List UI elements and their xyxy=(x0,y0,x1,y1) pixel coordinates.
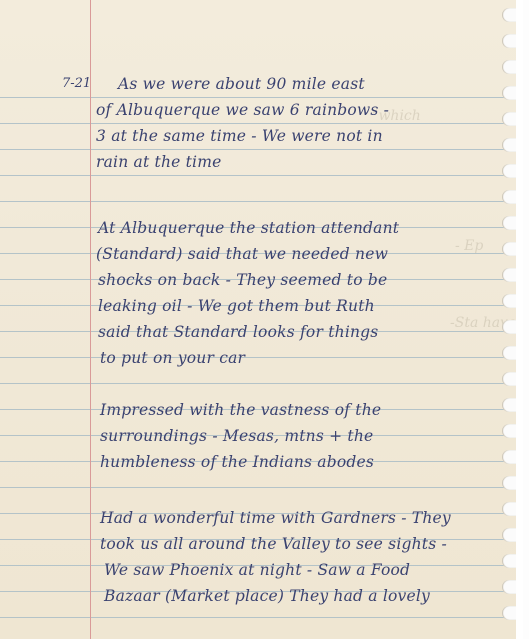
page-edge-background xyxy=(523,0,529,639)
torn-hole xyxy=(502,450,516,464)
ruled-line xyxy=(0,487,516,488)
text-line: took us all around the Valley to see sig… xyxy=(100,534,447,554)
torn-hole xyxy=(502,112,516,126)
torn-hole xyxy=(502,294,516,308)
ruled-line xyxy=(0,175,516,176)
torn-hole xyxy=(502,138,516,152)
text-line: (Standard) said that we needed new xyxy=(96,244,388,264)
torn-hole xyxy=(502,268,516,282)
torn-hole xyxy=(502,476,516,490)
ruled-line xyxy=(0,97,516,98)
spiral-tear-edge xyxy=(494,0,516,639)
ruled-line xyxy=(0,201,516,202)
torn-hole xyxy=(502,320,516,334)
torn-hole xyxy=(502,424,516,438)
ruled-line xyxy=(0,383,516,384)
notebook-page: "which - Ep -Sta have 7-21 As we were ab… xyxy=(0,0,516,639)
torn-hole xyxy=(502,502,516,516)
text-line: 3 at the same time - We were not in xyxy=(96,126,383,146)
text-line: We saw Phoenix at night - Saw a Food xyxy=(104,560,410,580)
torn-hole xyxy=(502,216,516,230)
text-line: shocks on back - They seemed to be xyxy=(98,270,387,290)
torn-hole xyxy=(502,554,516,568)
text-line: As we were about 90 mile east xyxy=(118,74,365,94)
ruled-line xyxy=(0,149,516,150)
text-line: leaking oil - We got them but Ruth xyxy=(98,296,375,316)
text-line: Had a wonderful time with Gardners - The… xyxy=(100,508,451,528)
torn-hole xyxy=(502,580,516,594)
torn-hole xyxy=(502,190,516,204)
text-line: rain at the time xyxy=(96,152,221,172)
torn-hole xyxy=(502,164,516,178)
text-line: said that Standard looks for things xyxy=(98,322,378,342)
ruled-line xyxy=(0,617,516,618)
margin-line xyxy=(90,0,91,639)
torn-hole xyxy=(502,242,516,256)
torn-hole xyxy=(502,34,516,48)
torn-hole xyxy=(502,528,516,542)
entry-date: 7-21 xyxy=(62,76,91,91)
torn-hole xyxy=(502,8,516,22)
text-line: Impressed with the vastness of the xyxy=(100,400,381,420)
ruled-line xyxy=(0,123,516,124)
ruled-line xyxy=(0,357,516,358)
torn-hole xyxy=(502,372,516,386)
text-line: surroundings - Mesas, mtns + the xyxy=(100,426,373,446)
text-line: of Albuquerque we saw 6 rainbows - xyxy=(96,100,389,120)
text-line: humbleness of the Indians abodes xyxy=(100,452,374,472)
torn-hole xyxy=(502,606,516,620)
text-line: Bazaar (Market place) They had a lovely xyxy=(104,586,430,606)
torn-hole xyxy=(502,86,516,100)
text-line: At Albuquerque the station attendant xyxy=(98,218,399,238)
torn-hole xyxy=(502,60,516,74)
torn-hole xyxy=(502,346,516,360)
bleed-through-text: - Ep xyxy=(455,238,483,254)
text-line: to put on your car xyxy=(100,348,245,368)
torn-hole xyxy=(502,398,516,412)
